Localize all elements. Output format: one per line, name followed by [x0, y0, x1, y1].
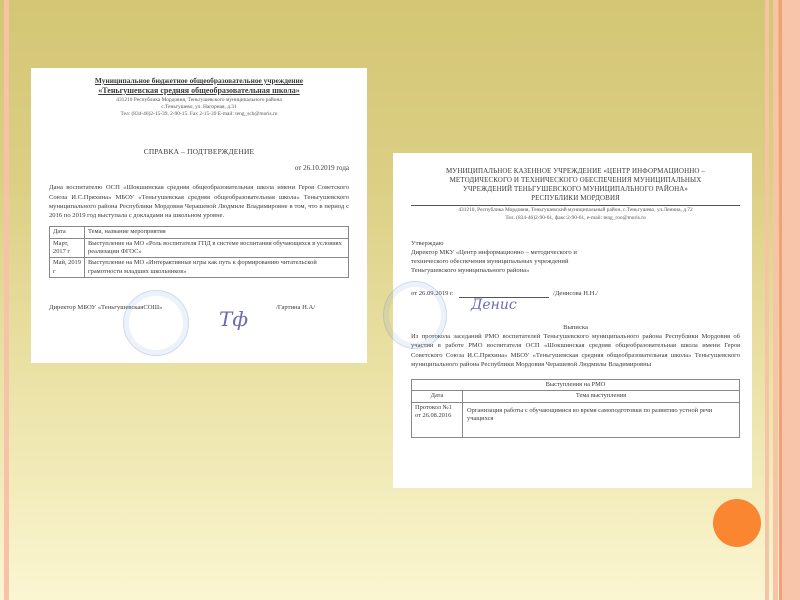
org-name-line: РЕСПУБЛИКИ МОРДОВИЯ [411, 194, 740, 203]
table-header-row: Дата Тема выступления [412, 391, 740, 402]
extract-title: Выписка [411, 324, 740, 333]
table-caption-row: Выступления на РМО [412, 379, 740, 390]
document-body: Дана воспитателю ОСП «Шокшинская средняя… [49, 183, 349, 220]
orange-circle-decoration [713, 499, 761, 547]
approval-block: Утверждаю Директор МКУ «Центр информацио… [411, 240, 740, 276]
table-header-row: Дата Тема, название мероприятия [50, 227, 349, 238]
table-row: Протокол №1 от 26.08.2016 Организация ра… [412, 402, 740, 438]
org-name-line: МЕТОДИЧЕСКОГО И ТЕХНИЧЕСКОГО ОБЕСПЕЧЕНИЯ… [411, 176, 740, 185]
org-name-line: МУНИЦИПАЛЬНОЕ КАЗЕННОЕ УЧРЕЖДЕНИЕ «ЦЕНТР… [411, 167, 740, 176]
column-header: Тема выступления [463, 391, 740, 402]
address-line: 431210 Республика Мордовия, Теньгушевско… [49, 97, 349, 104]
right-decorative-stripe [782, 0, 800, 600]
certificate-document: Муниципальное бюджетное общеобразователь… [31, 68, 367, 363]
document-date: от 26.10.2019 года [49, 164, 349, 173]
org-name-line1: Муниципальное бюджетное общеобразователь… [49, 76, 349, 86]
document-body: Из протокола заседаний РМО воспитателей … [411, 332, 740, 369]
table-caption: Выступления на РМО [412, 379, 740, 390]
stamp-seal-icon [123, 290, 189, 356]
approval-signature-row: от 26.09.2019 г. /Денисова Н.Н./ [411, 290, 740, 302]
table-cell-topic: Выступление на МО «Интерактивные игры ка… [85, 258, 349, 278]
approver-name: /Денисова Н.Н./ [553, 290, 598, 299]
handwritten-signature: Денис [471, 296, 517, 314]
table-cell-date: Май, 2019 г [50, 258, 85, 278]
events-table: Дата Тема, название мероприятия Март, 20… [49, 226, 349, 278]
org-address: 431210 Республика Мордовия, Теньгушевско… [49, 97, 349, 119]
table-cell-topic: Организация работы с обучающимися во вре… [463, 402, 740, 438]
table-cell-topic: Выступление на МО «Роль воспитателя ГПД … [85, 238, 349, 258]
approval-line: Директор МКУ «Центр информационно – мето… [411, 249, 740, 258]
table-cell-date: Протокол №1 от 26.08.2016 [412, 402, 463, 438]
approval-line: Теньгушевского муниципального района» [411, 267, 740, 276]
right-decorative-stripe [765, 0, 769, 600]
org-name-line: УЧРЕЖДЕНИЙ ТЕНЬГУШЕВСКОГО МУНИЦИПАЛЬНОГО… [411, 185, 740, 194]
column-header: Дата [412, 391, 463, 402]
signature-block: Директор МБОУ «ТеньгушевскаяСОШ» /Гартин… [49, 304, 349, 334]
contacts-line: Тел: (834-46)2-15-39, 2-90-15. Fax 2-15-… [49, 111, 349, 118]
right-decorative-stripe [773, 0, 778, 600]
document-title: СПРАВКА – ПОДТВЕРЖДЕНИЕ [49, 147, 349, 157]
table-row: Май, 2019 г Выступление на МО «Интеракти… [50, 258, 349, 278]
org-name-line2: «Теньгушевская средняя общеобразовательн… [49, 86, 349, 97]
table-cell-date: Март, 2017 г [50, 238, 85, 258]
letterhead: МУНИЦИПАЛЬНОЕ КАЗЕННОЕ УЧРЕЖДЕНИЕ «ЦЕНТР… [411, 167, 740, 203]
signer-name: /Гартина Н.А/ [276, 304, 315, 313]
table-row: Март, 2017 г Выступление на МО «Роль вос… [50, 238, 349, 258]
extract-document: МУНИЦИПАЛЬНОЕ КАЗЕННОЕ УЧРЕЖДЕНИЕ «ЦЕНТР… [393, 153, 752, 488]
rmo-speeches-table: Выступления на РМО Дата Тема выступления… [411, 379, 740, 438]
approval-line: технического обеспечения муниципальных у… [411, 258, 740, 267]
address-line: 431210, Республика Мордовия, Теньгушевск… [411, 207, 740, 214]
stamp-seal-icon [383, 281, 447, 349]
contacts-line: Тел. (834-46)2-90-61, факс:2-90-61, e-ma… [411, 215, 740, 222]
handwritten-signature: Тф [219, 306, 248, 332]
column-header: Дата [50, 227, 85, 238]
column-header: Тема, название мероприятия [85, 227, 349, 238]
approval-label: Утверждаю [411, 240, 740, 249]
left-decorative-stripe [4, 0, 9, 600]
letterhead: Муниципальное бюджетное общеобразователь… [49, 76, 349, 97]
org-address: 431210, Республика Мордовия, Теньгушевск… [411, 207, 740, 222]
